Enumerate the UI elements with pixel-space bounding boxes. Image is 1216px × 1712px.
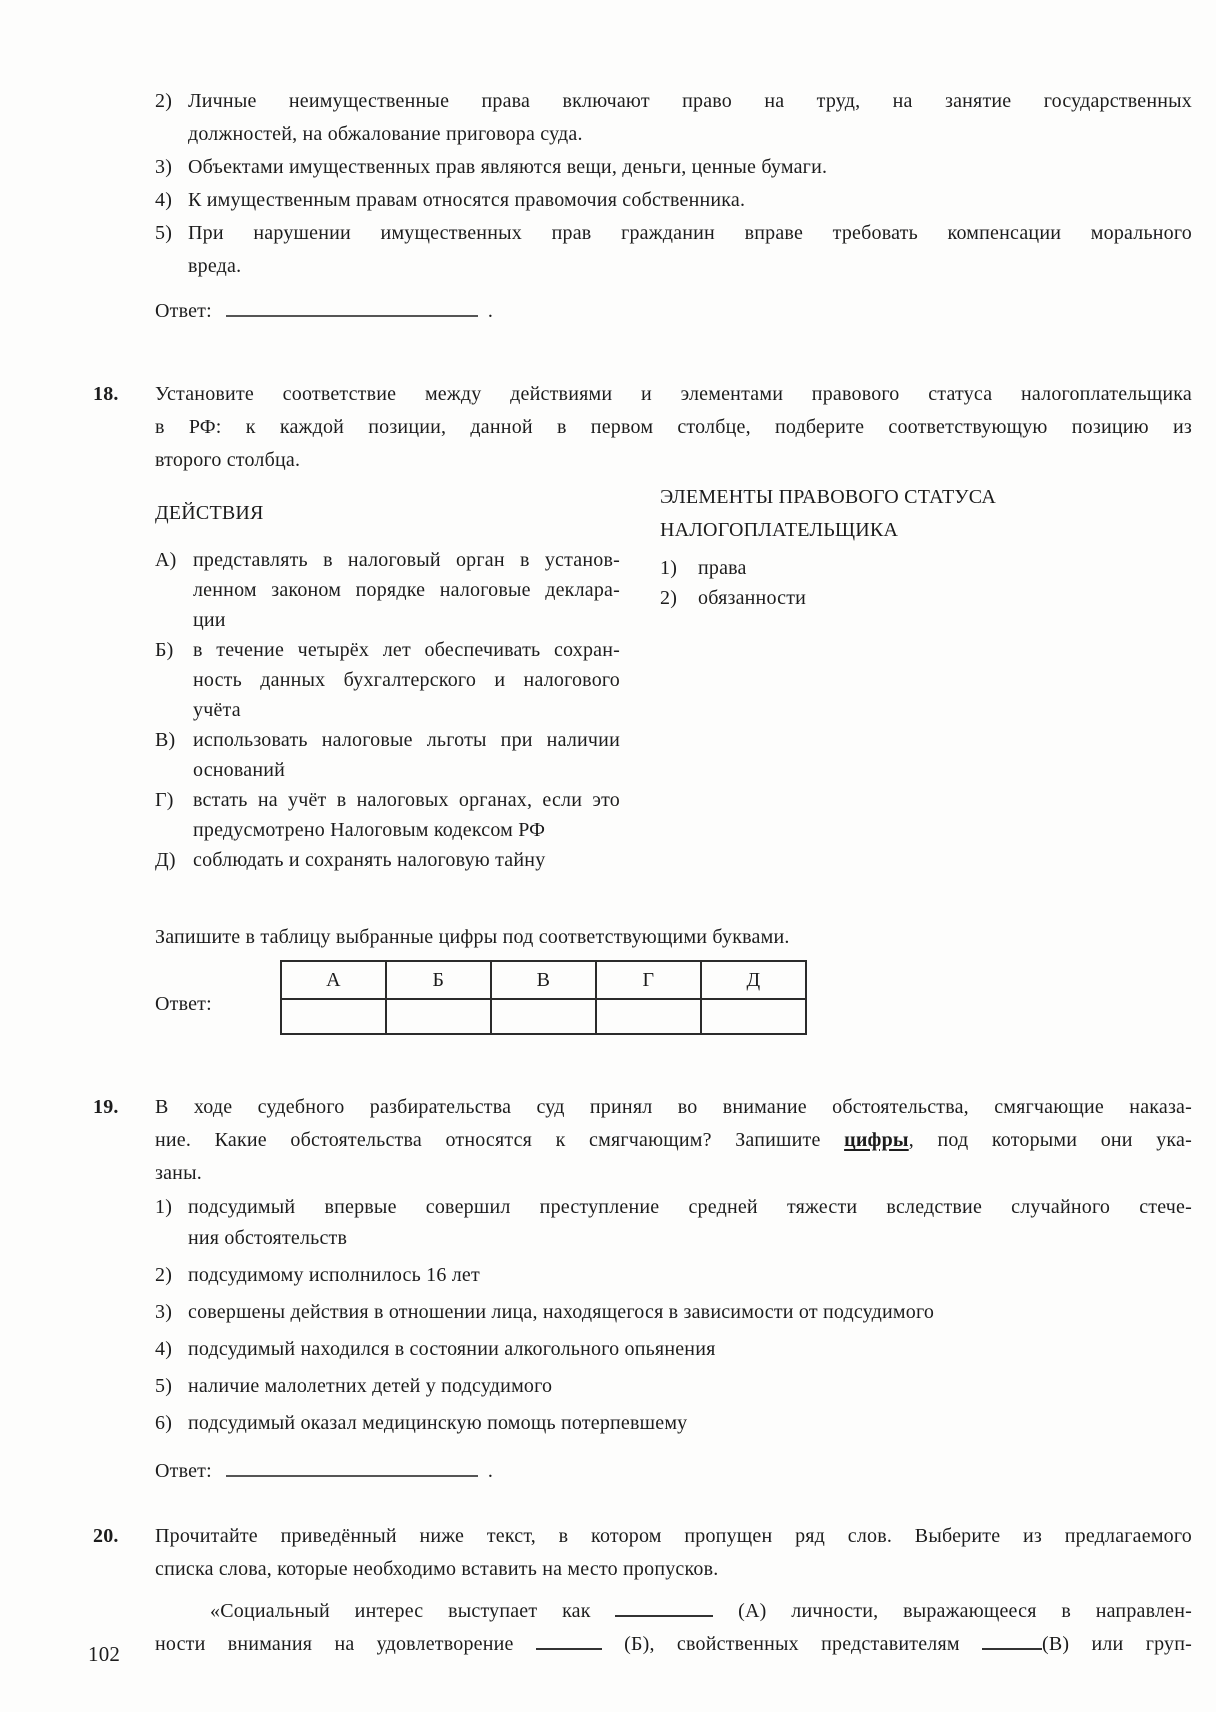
list-item: 1) подсудимый впервые совершил преступле… (155, 1192, 1192, 1254)
action-letter: Б) (155, 635, 193, 725)
table-answer-cell (281, 999, 386, 1034)
action-letter: В) (155, 725, 193, 785)
emphasized-word: цифры (844, 1129, 909, 1151)
elements-column: ЭЛЕМЕНТЫ ПРАВОВОГО СТАТУСА НАЛОГОПЛАТЕЛЬ… (660, 481, 1192, 875)
action-text-line: в течение четырёх лет обеспечивать сохра… (193, 635, 620, 665)
list-item: 3) совершены действия в отношении лица, … (155, 1297, 1192, 1328)
answer-row: Ответ:. (155, 1455, 1192, 1488)
action-letter: Г) (155, 785, 193, 845)
answer-period: . (488, 1460, 493, 1482)
action-text-line: представлять в налоговый орган в установ… (193, 545, 620, 575)
table-answer-cell (596, 999, 701, 1034)
answer-label: Ответ: (155, 988, 212, 1021)
task19-options-list: 1) подсудимый впервые совершил преступле… (155, 1192, 1192, 1439)
list-item: 2) подсудимому исполнилось 16 лет (155, 1260, 1192, 1291)
gap-blank-A (615, 1600, 713, 1617)
option-text-line: совершены действия в отношении лица, нах… (188, 1297, 1192, 1328)
action-text-line: ленном законом порядке налоговые деклара… (193, 575, 620, 605)
table-answer-cell (386, 999, 491, 1034)
option-number: 5) (155, 1371, 188, 1402)
list-item: 2) Личные неимущественные права включают… (155, 85, 1192, 151)
option-number: 2) (155, 85, 188, 151)
option-text-line: подсудимому исполнилось 16 лет (188, 1260, 1192, 1291)
action-letter: Д) (155, 845, 193, 875)
action-item: Д) соблюдать и сохранять налоговую тайну (155, 845, 620, 875)
gap-blank-B (536, 1633, 602, 1650)
answer-blank-line (226, 1470, 478, 1477)
paragraph-line: ности внимания на удовлетворение (Б), св… (155, 1628, 1192, 1661)
page-number: 102 (88, 1642, 120, 1667)
task-text-segment: ние. Какие обстоятельства относятся к см… (155, 1129, 844, 1151)
option-number: 5) (155, 217, 188, 283)
paragraph-segment: (Б), свойственных представителям (602, 1633, 982, 1655)
option-number: 4) (155, 184, 188, 217)
table-header-cell: Б (386, 961, 491, 999)
task-text-line: в РФ: к каждой позиции, данной в первом … (155, 411, 1192, 444)
answer-table: А Б В Г Д (280, 960, 807, 1035)
option-text-line: Личные неимущественные права включают пр… (188, 85, 1192, 118)
answer-period: . (488, 300, 493, 322)
option-number: 2) (155, 1260, 188, 1291)
gap-text-paragraph: «Социальный интерес выступает как (А) ли… (155, 1595, 1192, 1661)
answer-label: Ответ: (155, 1460, 212, 1482)
list-item: 6) подсудимый оказал медицинскую помощь … (155, 1408, 1192, 1439)
option-text-line: должностей, на обжалование приговора суд… (188, 118, 1192, 151)
list-item: 5) наличие малолетних детей у подсудимог… (155, 1371, 1192, 1402)
paragraph-line: «Социальный интерес выступает как (А) ли… (155, 1595, 1192, 1628)
elements-column-header-line: НАЛОГОПЛАТЕЛЬЩИКА (660, 514, 1192, 547)
option-number: 1) (155, 1192, 188, 1254)
list-item: 4) К имущественным правам относятся прав… (155, 184, 1192, 217)
paragraph-segment: ности внимания на удовлетворение (155, 1633, 536, 1655)
option-text-line: К имущественным правам относятся правомо… (188, 184, 1192, 217)
task-text-line: Установите соответствие между действиями… (155, 378, 1192, 411)
answer-blank-line (226, 310, 478, 317)
task-text-line: списка слова, которые необходимо вставит… (155, 1553, 1192, 1586)
option-text-line: наличие малолетних детей у подсудимого (188, 1371, 1192, 1402)
table-answer-cell (491, 999, 596, 1034)
list-item: 3) Объектами имущественных прав являются… (155, 151, 1192, 184)
table-answer-cell (701, 999, 806, 1034)
action-text-line: предусмотрено Налоговым кодексом РФ (193, 815, 620, 845)
option-text-line: При нарушении имущественных прав граждан… (188, 217, 1192, 250)
option-text-line: подсудимый находился в состоянии алкогол… (188, 1334, 1192, 1365)
task-text-line: Прочитайте приведённый ниже текст, в кот… (155, 1520, 1192, 1553)
task-20: 20. Прочитайте приведённый ниже текст, в… (155, 1520, 1192, 1661)
actions-column: ДЕЙСТВИЯ А) представлять в налоговый орг… (155, 481, 620, 875)
table-header-cell: А (281, 961, 386, 999)
paragraph-segment: «Социальный интерес выступает как (210, 1600, 615, 1622)
list-item: 4) подсудимый находился в состоянии алко… (155, 1334, 1192, 1365)
actions-column-header: ДЕЙСТВИЯ (155, 497, 620, 530)
task-19: 19. В ходе судебного разбирательства суд… (155, 1091, 1192, 1488)
task-number: 20. (93, 1520, 119, 1553)
answer-table-row: Ответ: А Б В Г Д (155, 960, 1192, 1035)
task-text-segment: , под которыми они ука- (909, 1129, 1192, 1151)
action-item: Г) встать на учёт в налоговых органах, е… (155, 785, 620, 845)
gap-blank-C (982, 1633, 1042, 1650)
task-18: 18. Установите соответствие между действ… (155, 378, 1192, 1035)
table-header-cell: В (491, 961, 596, 999)
table-header-cell: Д (701, 961, 806, 999)
elements-column-header-line: ЭЛЕМЕНТЫ ПРАВОВОГО СТАТУСА (660, 481, 1192, 514)
element-number: 1) (660, 553, 698, 583)
action-letter: А) (155, 545, 193, 635)
task-text-line: второго столбца. (155, 444, 1192, 477)
action-text-line: учёта (193, 695, 620, 725)
task-text-line: В ходе судебного разбирательства суд при… (155, 1091, 1192, 1124)
element-text: обязанности (698, 583, 806, 613)
action-text-line: встать на учёт в налоговых органах, если… (193, 785, 620, 815)
action-text-line: оснований (193, 755, 620, 785)
option-text-line: вреда. (188, 250, 1192, 283)
intro-options-list: 2) Личные неимущественные права включают… (155, 85, 1192, 283)
option-number: 3) (155, 151, 188, 184)
action-item: В) использовать налоговые льготы при нал… (155, 725, 620, 785)
answer-row: Ответ:. (155, 295, 1192, 328)
action-text-line: использовать налоговые льготы при наличи… (193, 725, 620, 755)
element-text: права (698, 553, 747, 583)
task-text-line: ние. Какие обстоятельства относятся к см… (155, 1124, 1192, 1157)
element-number: 2) (660, 583, 698, 613)
paragraph-segment: (В) или груп- (1042, 1633, 1192, 1655)
option-number: 4) (155, 1334, 188, 1365)
option-text-line: подсудимый оказал медицинскую помощь пот… (188, 1408, 1192, 1439)
task-number: 19. (93, 1091, 119, 1124)
action-item: А) представлять в налоговый орган в уста… (155, 545, 620, 635)
task-text-line: заны. (155, 1157, 1192, 1190)
paragraph-segment: (А) личности, выражающееся в направлен- (713, 1600, 1192, 1622)
matching-columns: ДЕЙСТВИЯ А) представлять в налоговый орг… (155, 481, 1192, 875)
list-item: 5) При нарушении имущественных прав граж… (155, 217, 1192, 283)
table-instruction: Запишите в таблицу выбранные цифры под с… (155, 921, 1192, 954)
page-content: 2) Личные неимущественные права включают… (155, 85, 1192, 1661)
action-text-line: ность данных бухгалтерского и налогового (193, 665, 620, 695)
option-number: 3) (155, 1297, 188, 1328)
option-number: 6) (155, 1408, 188, 1439)
action-text-line: соблюдать и сохранять налоговую тайну (193, 845, 620, 875)
action-text-line: ции (193, 605, 620, 635)
table-header-cell: Г (596, 961, 701, 999)
element-item: 1) права (660, 553, 1192, 583)
element-item: 2) обязанности (660, 583, 1192, 613)
action-item: Б) в течение четырёх лет обеспечивать со… (155, 635, 620, 725)
answer-label: Ответ: (155, 300, 212, 322)
option-text-line: подсудимый впервые совершил преступление… (188, 1192, 1192, 1223)
scanned-exam-page: 2) Личные неимущественные права включают… (0, 0, 1216, 1712)
task-number: 18. (93, 378, 119, 411)
option-text-line: Объектами имущественных прав являются ве… (188, 151, 1192, 184)
option-text-line: ния обстоятельств (188, 1223, 1192, 1254)
